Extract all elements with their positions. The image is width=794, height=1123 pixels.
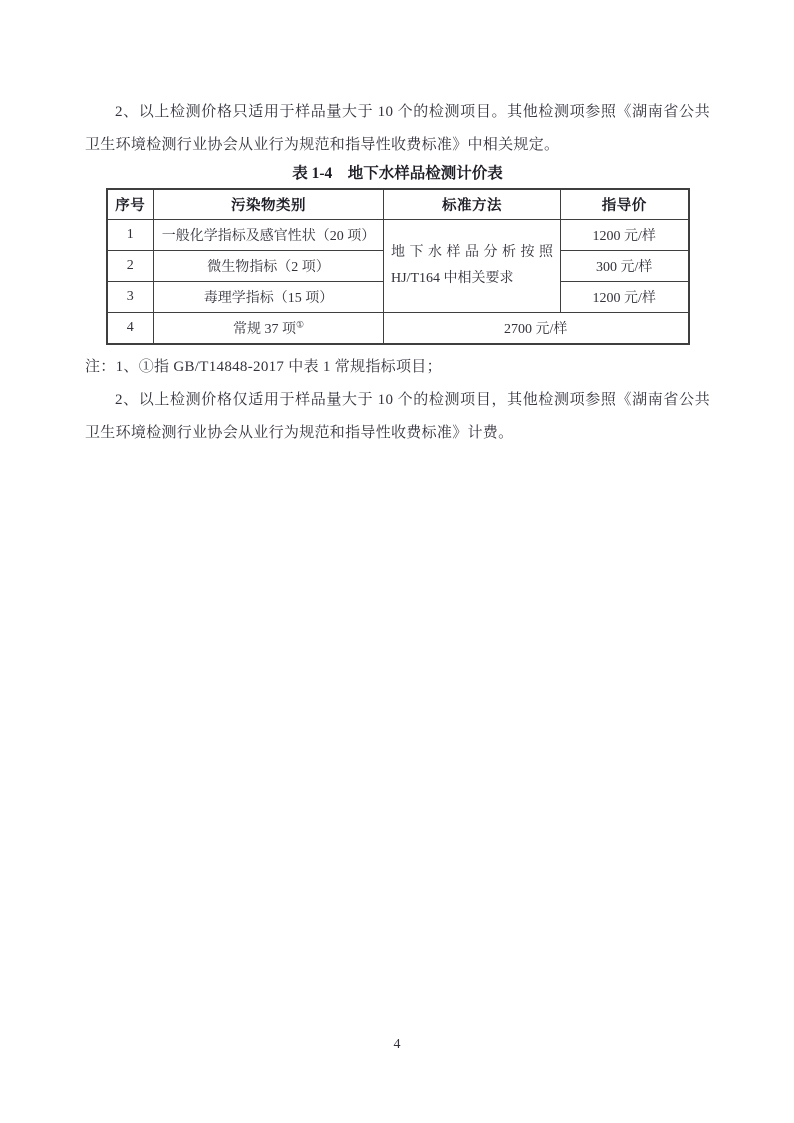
category-superscript: ① — [296, 319, 304, 329]
price-table: 序号 污染物类别 标准方法 指导价 1 一般化学指标及感官性状（20 项） 地下… — [106, 188, 690, 345]
category-cell: 一般化学指标及感官性状（20 项） — [154, 220, 384, 251]
category-label: 一般化学指标及感官性状（20 项） — [162, 229, 376, 244]
content-area: 2、以上检测价格只适用于样品量大于 10 个的检测项目。其他检测项参照《湖南省公… — [85, 96, 710, 450]
note-line-1: 注：1、①指 GB/T14848-2017 中表 1 常规指标项目； — [85, 351, 710, 384]
header-cell-no: 序号 — [107, 189, 154, 220]
method-cell: 地下水样品分析按照 HJ/T164 中相关要求 — [384, 220, 561, 313]
category-cell: 毒理学指标（15 项） — [154, 282, 384, 313]
note-line-2: 2、以上检测价格仅适用于样品量大于 10 个的检测项目，其他检测项参照《湖南省公… — [85, 384, 710, 450]
table-row: 4 常规 37 项① 2700 元/样 — [107, 313, 689, 345]
method-line-2: HJ/T164 中相关要求 — [391, 266, 553, 292]
category-cell: 常规 37 项① — [154, 313, 384, 345]
category-label: 毒理学指标（15 项） — [204, 291, 334, 306]
price-cell-merged: 2700 元/样 — [384, 313, 689, 345]
category-cell: 微生物指标（2 项） — [154, 251, 384, 282]
notes-block: 注：1、①指 GB/T14848-2017 中表 1 常规指标项目； 2、以上检… — [85, 351, 710, 450]
table-row: 1 一般化学指标及感官性状（20 项） 地下水样品分析按照 HJ/T164 中相… — [107, 220, 689, 251]
row-number-cell: 2 — [107, 251, 154, 282]
table-title: 表 1-4 地下水样品检测计价表 — [85, 162, 710, 185]
page-number: 4 — [0, 1037, 794, 1053]
row-number-cell: 1 — [107, 220, 154, 251]
category-label: 微生物指标（2 项） — [207, 260, 330, 275]
table-header-row: 序号 污染物类别 标准方法 指导价 — [107, 189, 689, 220]
method-line-1: 地下水样品分析按照 — [391, 240, 553, 266]
price-cell: 1200 元/样 — [561, 220, 689, 251]
price-cell: 300 元/样 — [561, 251, 689, 282]
row-number-cell: 4 — [107, 313, 154, 345]
document-page: 2、以上检测价格只适用于样品量大于 10 个的检测项目。其他检测项参照《湖南省公… — [0, 0, 794, 1123]
row-number-cell: 3 — [107, 282, 154, 313]
header-cell-method: 标准方法 — [384, 189, 561, 220]
intro-paragraph: 2、以上检测价格只适用于样品量大于 10 个的检测项目。其他检测项参照《湖南省公… — [85, 96, 710, 162]
header-cell-price: 指导价 — [561, 189, 689, 220]
header-cell-category: 污染物类别 — [154, 189, 384, 220]
category-label: 常规 37 项 — [233, 322, 296, 337]
price-cell: 1200 元/样 — [561, 282, 689, 313]
